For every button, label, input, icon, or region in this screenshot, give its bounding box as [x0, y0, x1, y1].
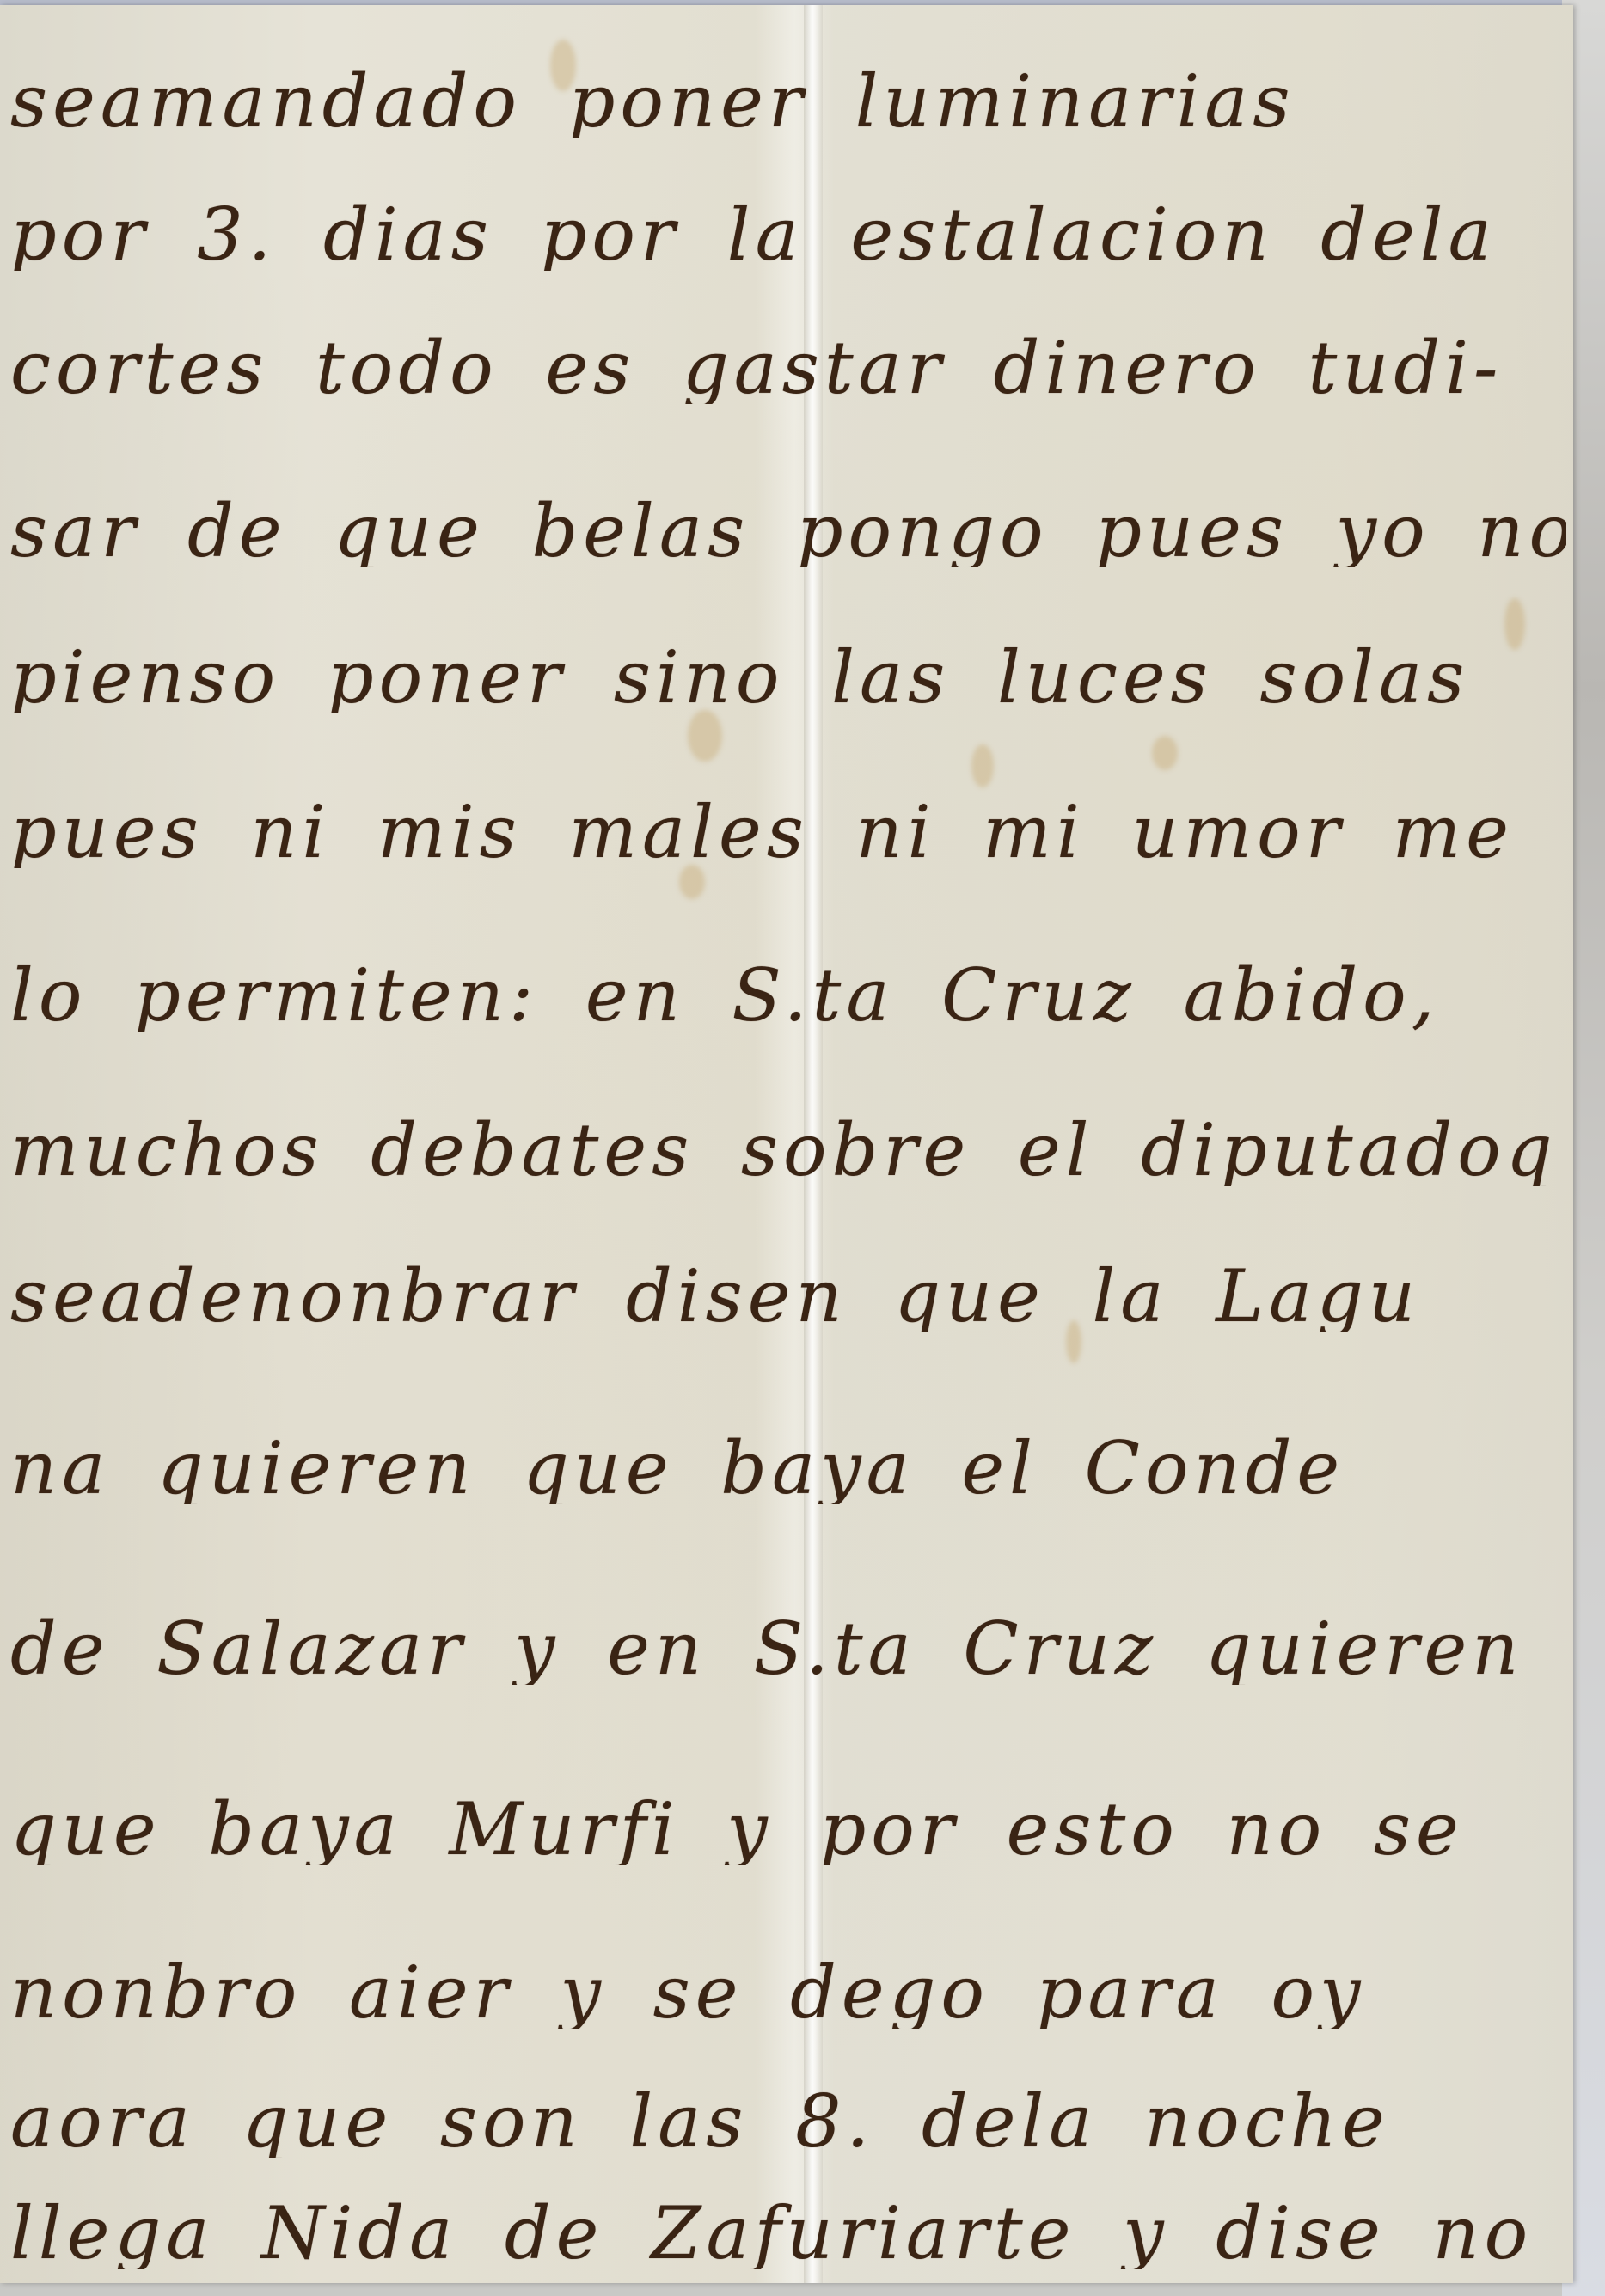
handwritten-line-12: que baya Murfi y por esto no se — [10, 1793, 1566, 1865]
paper-stain — [971, 744, 994, 787]
handwritten-line-10: na quieren que baya el Conde — [10, 1432, 1566, 1504]
handwritten-line-8: muchos debates sobre el diputadoq — [10, 1114, 1566, 1186]
handwritten-line-11: de Salazar y en S.ta Cruz quieren — [10, 1613, 1566, 1685]
handwritten-line-1: seamandado poner luminarias — [10, 65, 1566, 138]
handwritten-line-6: pues ni mis males ni mi umor me — [10, 796, 1566, 868]
handwritten-line-2: por 3. dias por la estalacion dela — [10, 199, 1566, 271]
handwritten-line-5: pienso poner sino las luces solas — [10, 641, 1566, 713]
paper-stain — [688, 710, 722, 762]
paper-stain — [679, 865, 705, 899]
handwritten-line-13: nonbro aier y se dego para oy — [10, 1956, 1566, 2029]
handwritten-line-14: aora que son las 8. dela noche — [10, 2085, 1566, 2158]
handwritten-line-4: sar de que belas pongo pues yo no — [10, 495, 1566, 567]
handwritten-line-3: cortes todo es gastar dinero tudi- — [10, 332, 1566, 404]
handwritten-line-15: llega Nida de Zafuriarte y dise no — [10, 2197, 1566, 2269]
paper-stain — [1152, 736, 1178, 770]
handwritten-line-7: lo permiten: en S.ta Cruz abido, — [10, 959, 1566, 1032]
letter-page: seamandado poner luminarias por 3. dias … — [0, 5, 1573, 2283]
handwritten-line-9: seadenonbrar disen que la Lagu — [10, 1260, 1566, 1332]
